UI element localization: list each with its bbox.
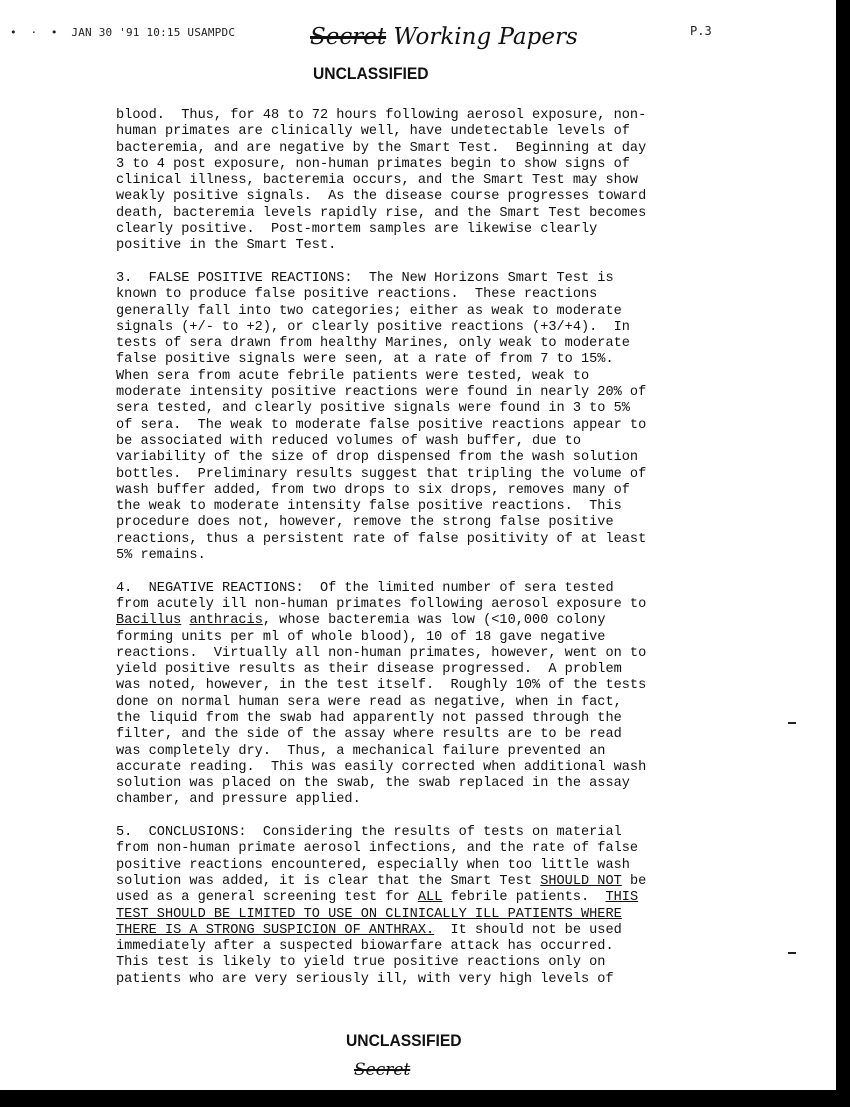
text-line: procedure does not, however, remove the … (116, 515, 756, 531)
text-line: This test is likely to yield true positi… (116, 955, 756, 971)
section-conclusions: 5. CONCLUSIONS: Considering the results … (116, 825, 756, 988)
text-line: clearly positive. Post-mortem samples ar… (116, 222, 756, 238)
text-line: forming units per ml of whole blood), 10… (116, 630, 756, 646)
text-line: 5% remains. (116, 548, 756, 564)
text-line: positive reactions encountered, especial… (116, 858, 756, 874)
struck-secret-footer-marking: Secret (354, 1060, 410, 1080)
text-line: weakly positive signals. As the disease … (116, 189, 756, 205)
text-line: from non-human primate aerosol infection… (116, 841, 756, 857)
text-line: TEST SHOULD BE LIMITED TO USE ON CLINICA… (116, 907, 756, 923)
handwritten-annotation: Secret Working Papers (310, 24, 578, 50)
classification-footer: UNCLASSIFIED (346, 1031, 462, 1051)
text-line: tests of sera drawn from healthy Marines… (116, 336, 756, 352)
emphasis-should-not: SHOULD NOT (540, 874, 622, 889)
text-line: death, bacteremia levels rapidly rise, a… (116, 206, 756, 222)
text-line: moderate intensity positive reactions we… (116, 385, 756, 401)
text-line: variability of the size of drop dispense… (116, 450, 756, 466)
document-page: • · • JAN 30 '91 10:15 USAMPDC Secret Wo… (0, 0, 850, 1107)
text-line: signals (+/- to +2), or clearly positive… (116, 320, 756, 336)
text-line: yield positive results as their disease … (116, 662, 756, 678)
text-line: 3 to 4 post exposure, non-human primates… (116, 157, 756, 173)
text-line: filter, and the side of the assay where … (116, 727, 756, 743)
text-line: bacteremia, and are negative by the Smar… (116, 141, 756, 157)
text-fragment: solution was added, it is clear that the… (116, 874, 540, 889)
text-line: the weak to moderate intensity false pos… (116, 499, 756, 515)
text-line: reactions, thus a persistent rate of fal… (116, 532, 756, 548)
emphasis-anthrax-suspicion: THERE IS A STRONG SUSPICION OF ANTHRAX. (116, 923, 434, 938)
text-line: Bacillus anthracis, whose bacteremia was… (116, 613, 756, 629)
text-fragment: be (622, 874, 646, 889)
struck-secret-marking: Secret (310, 24, 386, 50)
text-line: reactions. Virtually all non-human prima… (116, 646, 756, 662)
text-line: known to produce false positive reaction… (116, 287, 756, 303)
document-body: blood. Thus, for 48 to 72 hours followin… (116, 108, 756, 1004)
text-line: generally fall into two categories; eith… (116, 304, 756, 320)
scan-border-right (836, 0, 850, 1107)
page-number: P.3 (690, 24, 712, 38)
text-line: 5. CONCLUSIONS: Considering the results … (116, 825, 756, 841)
fax-transmission-header: • · • JAN 30 '91 10:15 USAMPDC (10, 26, 235, 39)
organism-genus: Bacillus (116, 613, 181, 628)
text-fragment: It should not be used (434, 923, 622, 938)
paragraph-continuation: blood. Thus, for 48 to 72 hours followin… (116, 108, 756, 255)
text-line: patients who are very seriously ill, wit… (116, 972, 756, 988)
text-line: be associated with reduced volumes of wa… (116, 434, 756, 450)
organism-species: anthracis (189, 613, 262, 628)
text-line: positive in the Smart Test. (116, 238, 756, 254)
text-fragment: febrile patients. (442, 890, 605, 905)
text-line: 4. NEGATIVE REACTIONS: Of the limited nu… (116, 581, 756, 597)
text-line: done on normal human sera were read as n… (116, 695, 756, 711)
text-line: solution was added, it is clear that the… (116, 874, 756, 890)
text-line: accurate reading. This was easily correc… (116, 760, 756, 776)
emphasis-this: THIS (605, 890, 638, 905)
text-line: from acutely ill non-human primates foll… (116, 597, 756, 613)
text-line: clinical illness, bacteremia occurs, and… (116, 173, 756, 189)
scan-border-bottom (0, 1090, 850, 1107)
text-line: was completely dry. Thus, a mechanical f… (116, 744, 756, 760)
working-papers-note: Working Papers (393, 24, 577, 50)
text-line: chamber, and pressure applied. (116, 792, 756, 808)
text-line: When sera from acute febrile patients we… (116, 369, 756, 385)
text-line: was noted, however, in the test itself. … (116, 678, 756, 694)
text-line: the liquid from the swab had apparently … (116, 711, 756, 727)
emphasis-limitation: TEST SHOULD BE LIMITED TO USE ON CLINICA… (116, 907, 622, 922)
text-line: of sera. The weak to moderate false posi… (116, 418, 756, 434)
text-line: 3. FALSE POSITIVE REACTIONS: The New Hor… (116, 271, 756, 287)
section-false-positive-reactions: 3. FALSE POSITIVE REACTIONS: The New Hor… (116, 271, 756, 564)
classification-header: UNCLASSIFIED (313, 64, 429, 84)
text-line: human primates are clinically well, have… (116, 124, 756, 140)
text-line: THERE IS A STRONG SUSPICION OF ANTHRAX. … (116, 923, 756, 939)
text-fragment: , whose bacteremia was low (<10,000 colo… (263, 613, 606, 628)
text-line: sera tested, and clearly positive signal… (116, 401, 756, 417)
text-line: immediately after a suspected biowarfare… (116, 939, 756, 955)
margin-mark (788, 952, 796, 954)
text-line: wash buffer added, from two drops to six… (116, 483, 756, 499)
text-line: blood. Thus, for 48 to 72 hours followin… (116, 108, 756, 124)
text-fragment: used as a general screening test for (116, 890, 418, 905)
margin-mark (788, 722, 796, 724)
section-negative-reactions: 4. NEGATIVE REACTIONS: Of the limited nu… (116, 581, 756, 809)
text-line: false positive signals were seen, at a r… (116, 352, 756, 368)
emphasis-all: ALL (418, 890, 442, 905)
text-line: solution was placed on the swab, the swa… (116, 776, 756, 792)
text-line: used as a general screening test for ALL… (116, 890, 756, 906)
text-line: bottles. Preliminary results suggest tha… (116, 467, 756, 483)
